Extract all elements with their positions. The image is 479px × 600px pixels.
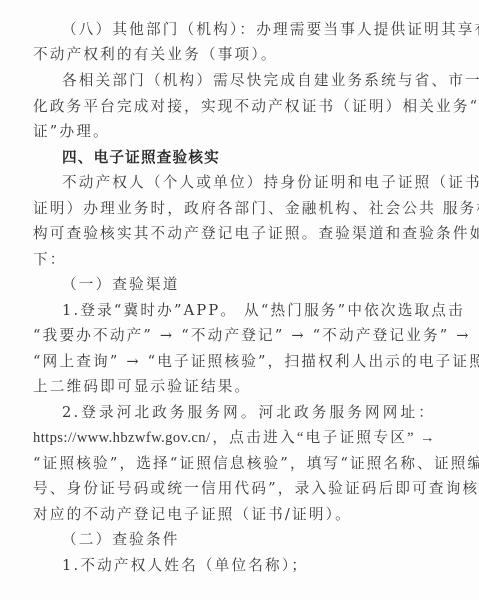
paragraph-integration-line-3: 证”办理。	[33, 119, 435, 145]
paragraph-channel-web-line-1: 2.登录河北政务服务网。河北政务服务网网址：	[62, 400, 435, 426]
paragraph-channel-web-line-4: 号、身份证号码或统一信用代码”，录入验证码后即可查询核验	[33, 476, 435, 502]
paragraph-verification-intro-line-4: 下：	[33, 247, 435, 273]
paragraph-integration-line-2: 化政务平台完成对接，实现不动产权证书（证明）相关业务“免	[33, 94, 435, 120]
paragraph-channel-app-line-1: 1.登录“冀时办”APP。 从“热门服务”中依次选取点击	[62, 298, 435, 324]
subheading-verification-channels: （一）查验渠道	[62, 272, 464, 298]
paragraph-verification-intro-line-3: 构可查验核实其不动产登记电子证照。查验渠道和查验条件如	[33, 221, 435, 247]
subheading-verification-conditions: （二）查验条件	[62, 527, 464, 553]
document-page: （八）其他部门（机构）：办理需要当事人提供证明其享有 不动产权利的有关业务（事项…	[0, 0, 479, 600]
paragraph-channel-app-line-2: “我要办不动产” → “不动产登记” → “不动产登记业务” →	[33, 323, 435, 349]
condition-item-1: 1.不动产权人姓名（单位名称）；	[62, 553, 435, 579]
paragraph-channel-app-line-4: 上二维码即可显示验证结果。	[33, 374, 435, 400]
paragraph-verification-intro-line-1: 不动产权人（个人或单位）持身份证明和电子证照（证书/	[62, 170, 435, 196]
paragraph-channel-app-line-3: “网上查询” → “电子证照核验”，扫描权利人出示的电子证照	[33, 349, 435, 375]
paragraph-channel-web-line-5: 对应的不动产登记电子证照（证书/证明）。	[33, 502, 435, 528]
paragraph-department-other-line-1: （八）其他部门（机构）：办理需要当事人提供证明其享有	[62, 17, 435, 43]
paragraph-channel-web-line-3: “证照核验”，选择“证照信息核验”，填写“证照名称、证照编	[33, 451, 435, 477]
paragraph-verification-intro-line-2: 证明）办理业务时，政府各部门、金融机构、社会公共 服务机	[33, 196, 435, 222]
paragraph-department-other-line-2: 不动产权利的有关业务（事项）。	[33, 42, 435, 68]
paragraph-channel-web-url-line: https://www.hbzwfw.gov.cn/，点击进入“电子证照专区” …	[33, 425, 435, 451]
paragraph-integration-line-1: 各相关部门（机构）需尽快完成自建业务系统与省、市一体	[62, 68, 435, 94]
section-heading-e-license-verification: 四、电子证照查验核实	[62, 145, 435, 171]
